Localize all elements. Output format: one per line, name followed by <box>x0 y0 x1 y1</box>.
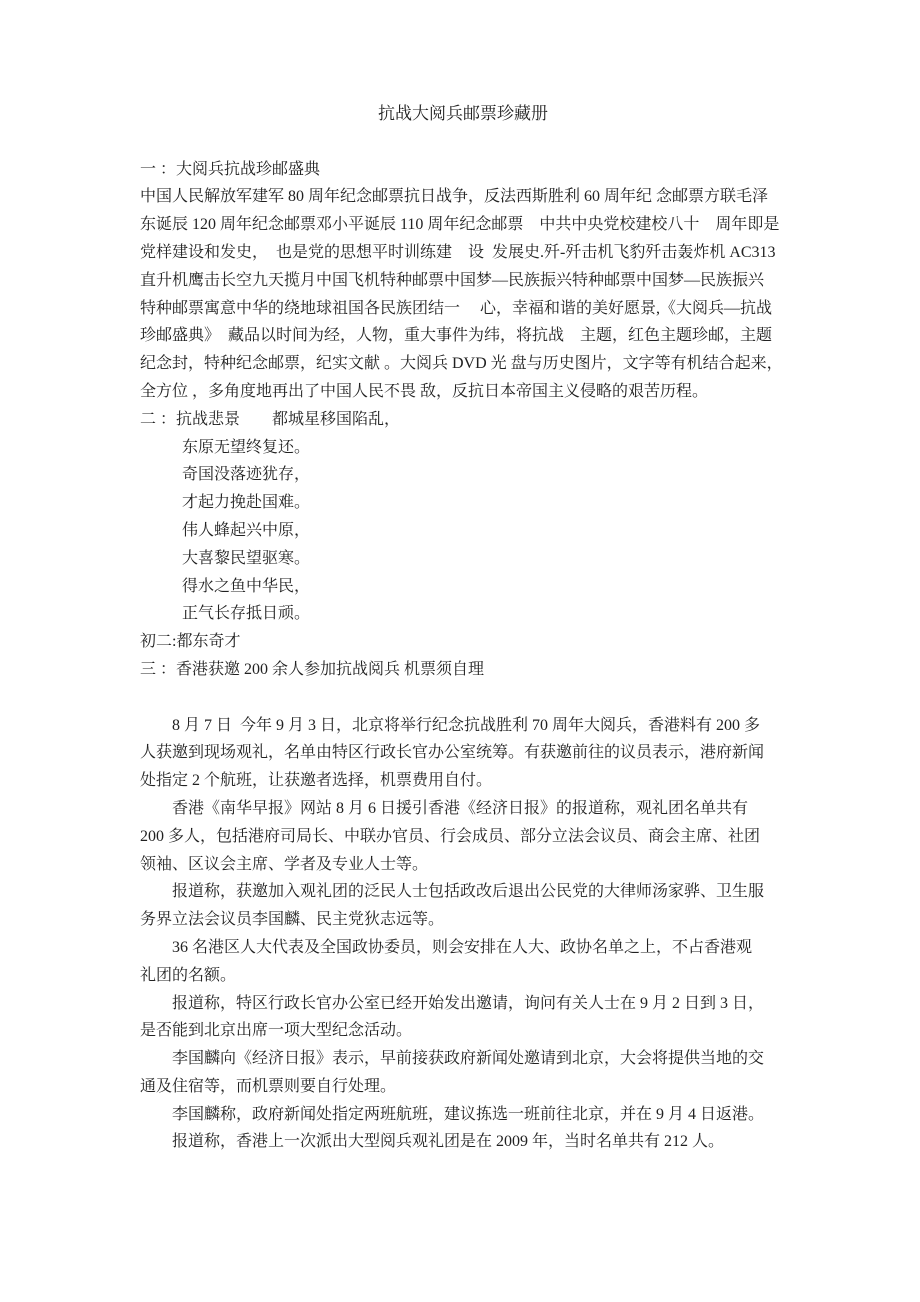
text-line: 李国麟向《经济日报》表示，早前接获政府新闻处邀请到北京，大会将提供当地的交 <box>140 1045 786 1073</box>
news-paragraph-6: 李国麟向《经济日报》表示，早前接获政府新闻处邀请到北京，大会将提供当地的交通及住… <box>140 1045 786 1101</box>
news-paragraph-8: 报道称，香港上一次派出大型阅兵观礼团是在 2009 年，当时名单共有 212 人… <box>140 1128 786 1156</box>
text-line: 特种邮票寓意中华的绕地球祖国各民族团结一 心，幸福和谐的美好愿景,《大阅兵—抗战 <box>140 295 786 323</box>
text-line: 直升机鹰击长空九天揽月中国飞机特种邮票中国梦—民族振兴特种邮票中国梦—民族振兴 <box>140 267 786 295</box>
text-line: 珍邮盛典》 藏品以时间为经，人物，重大事件为纬，将抗战 主题，红色主题珍邮，主题 <box>140 322 786 350</box>
text-line: 香港《南华早报》网站 8 月 6 日援引香港《经济日报》的报道称，观礼团名单共有 <box>140 795 786 823</box>
poem-author-line: 初二:都东奇才 <box>140 628 786 656</box>
text-line: 200 多人，包括港府司局长、中联办官员、行会成员、部分立法会议员、商会主席、社… <box>140 823 786 851</box>
section1-heading: 一 ：大阅兵抗战珍邮盛典 <box>140 156 786 184</box>
text-line: 报道称，香港上一次派出大型阅兵观礼团是在 2009 年，当时名单共有 212 人… <box>140 1128 786 1156</box>
section3-heading: 三 ：香港获邀 200 余人参加抗战阅兵 机票须自理 <box>140 656 786 684</box>
blank-line <box>140 128 786 156</box>
text-line: 是否能到北京出席一项大型纪念活动。 <box>140 1017 786 1045</box>
section1-body: 中国人民解放军建军 80 周年纪念邮票抗日战争，反法西斯胜利 60 周年纪 念邮… <box>140 183 786 405</box>
text-line: 李国麟称，政府新闻处指定两班航班，建议拣选一班前往北京，并在 9 月 4 日返港… <box>140 1101 786 1129</box>
text-line: 东诞辰 120 周年纪念邮票邓小平诞辰 110 周年纪念邮票 中共中央党校建校八… <box>140 211 786 239</box>
text-line: 纪念封，特种纪念邮票，纪实文献 。大阅兵 DVD 光 盘与历史图片，文字等有机结… <box>140 350 786 378</box>
text-line: 36 名港区人大代表及全国政协委员，则会安排在人大、政协名单之上，不占香港观 <box>140 934 786 962</box>
section2-heading: 二 ：抗战悲景 都城星移国陷乱， <box>140 406 786 434</box>
text-line: 大喜黎民望驱寒。 <box>140 545 786 573</box>
text-line: 伟人蜂起兴中原， <box>140 517 786 545</box>
news-paragraph-7: 李国麟称，政府新闻处指定两班航班，建议拣选一班前往北京，并在 9 月 4 日返港… <box>140 1101 786 1129</box>
text-line: 党样建设和发史， 也是党的思想平时训练建 设 发展史.歼-歼击机飞豹歼击轰炸机 … <box>140 239 786 267</box>
news-paragraph-4: 36 名港区人大代表及全国政协委员，则会安排在人大、政协名单之上，不占香港观礼团… <box>140 934 786 990</box>
document-content: 抗战大阅兵邮票珍藏册 一 ：大阅兵抗战珍邮盛典 中国人民解放军建军 80 周年纪… <box>140 100 786 1156</box>
document-page: 抗战大阅兵邮票珍藏册 一 ：大阅兵抗战珍邮盛典 中国人民解放军建军 80 周年纪… <box>0 0 920 1302</box>
text-line: 报道称，特区行政长官办公室已经开始发出邀请，询问有关人士在 9 月 2 日到 3… <box>140 990 786 1018</box>
text-line: 得水之鱼中华民， <box>140 573 786 601</box>
news-paragraph-5: 报道称，特区行政长官办公室已经开始发出邀请，询问有关人士在 9 月 2 日到 3… <box>140 990 786 1046</box>
text-line: 人获邀到现场观礼，名单由特区行政长官办公室统筹。有获邀前往的议员表示，港府新闻 <box>140 739 786 767</box>
text-line: 通及住宿等，而机票则要自行处理。 <box>140 1073 786 1101</box>
news-paragraph-3: 报道称，获邀加入观礼团的泛民人士包括政改后退出公民党的大律师汤家骅、卫生服务界立… <box>140 878 786 934</box>
text-line: 正气长存抵日顽。 <box>140 600 786 628</box>
text-line: 务界立法会议员李国麟、民主党狄志远等。 <box>140 906 786 934</box>
text-line: 东原无望终复还。 <box>140 434 786 462</box>
text-line: 全方位 ，多角度地再出了中国人民不畏 敌，反抗日本帝国主义侵略的艰苦历程。 <box>140 378 786 406</box>
text-line: 才起力挽赴国难。 <box>140 489 786 517</box>
blank-line <box>140 684 786 712</box>
text-line: 8 月 7 日 今年 9 月 3 日，北京将举行纪念抗战胜利 70 周年大阅兵，… <box>140 712 786 740</box>
news-paragraph-2: 香港《南华早报》网站 8 月 6 日援引香港《经济日报》的报道称，观礼团名单共有… <box>140 795 786 878</box>
poem: 东原无望终复还。奇国没落迹犹存，才起力挽赴国难。伟人蜂起兴中原，大喜黎民望驱寒。… <box>140 434 786 629</box>
text-line: 处指定 2 个航班，让获邀者选择，机票费用自付。 <box>140 767 786 795</box>
text-line: 奇国没落迹犹存， <box>140 461 786 489</box>
text-line: 领袖、区议会主席、学者及专业人士等。 <box>140 851 786 879</box>
text-line: 报道称，获邀加入观礼团的泛民人士包括政改后退出公民党的大律师汤家骅、卫生服 <box>140 878 786 906</box>
text-line: 礼团的名额。 <box>140 962 786 990</box>
document-title: 抗战大阅兵邮票珍藏册 <box>140 100 786 128</box>
news-paragraph-1: 8 月 7 日 今年 9 月 3 日，北京将举行纪念抗战胜利 70 周年大阅兵，… <box>140 712 786 795</box>
text-line: 中国人民解放军建军 80 周年纪念邮票抗日战争，反法西斯胜利 60 周年纪 念邮… <box>140 183 786 211</box>
